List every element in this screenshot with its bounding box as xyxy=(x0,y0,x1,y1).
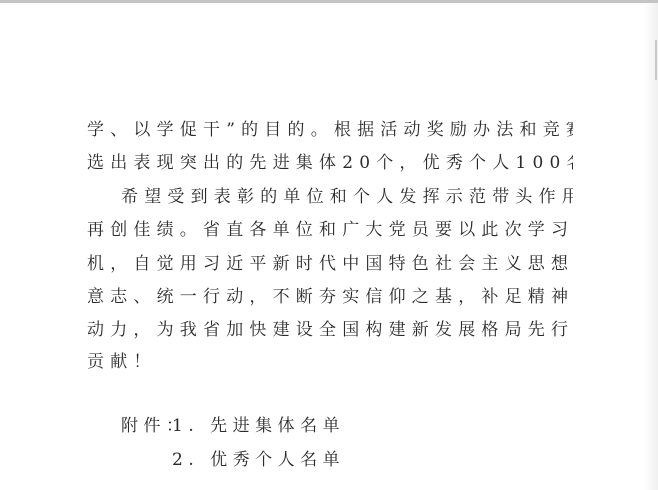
paragraph-2-line-4: 意志、统一行动，不断夯实信仰之基，补足精神之钙，汇聚发展 xyxy=(87,287,573,307)
paragraph-2-line-6: 贡献！ xyxy=(87,352,573,372)
paragraph-2-line-5: 动力，为我省加快建设全国构建新发展格局先行区做出新的更大 xyxy=(87,320,573,340)
paragraph-1-line-2: 选出表现突出的先进集体20个，优秀个人100名（名单附后）。 xyxy=(87,153,573,173)
attachment-item-2: 2. 优秀个人名单 xyxy=(172,450,345,470)
paragraph-2-line-1: 希望受到表彰的单位和个人发挥示范带头作用，再接再厉， xyxy=(121,187,573,207)
attachment-item-1: 1. 先进集体名单 xyxy=(172,416,345,436)
paragraph-2-line-3: 机，自觉用习近平新时代中国特色社会主义思想统一思想、统一 xyxy=(87,254,573,274)
paragraph-1-line-1: 学、以学促干”的目的。根据活动奖励办法和竞赛答题情况，评 xyxy=(87,120,573,140)
document-page: 学、以学促干”的目的。根据活动奖励办法和竞赛答题情况，评 选出表现突出的先进集体… xyxy=(0,0,658,490)
paragraph-2-line-2: 再创佳绩。省直各单位和广大党员要以此次学习竞答活动为契 xyxy=(87,220,573,240)
